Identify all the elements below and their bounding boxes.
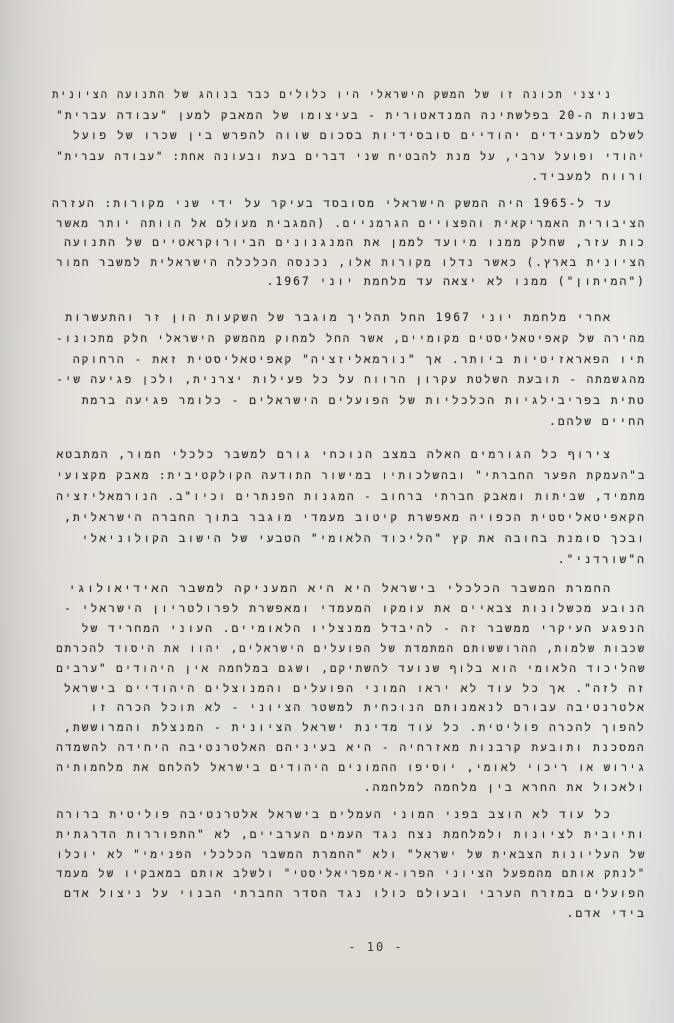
paragraph-2-line: עד ל-1965 היה המשק הישראלי מסובסד בעיקר … (51, 197, 612, 211)
paragraph-4-line: צירוף כל הגורמים האלה במצב הנוכחי גורם ל… (57, 448, 613, 462)
paragraph-5-line: המסכנת ותובעת קרבנות מאזרחיה - היא בעיני… (56, 741, 646, 755)
paragraph-5-line: שכבות שלמות, ההרוששותם המתמדת של הפועלים… (56, 642, 646, 656)
paragraph-2-line: הציונית בארץ.) כאשר נדלו מקורות אלו, נכנ… (56, 256, 646, 270)
paragraph-6-line: כל עוד לא הוצב בפני המוני העמלים בישראל … (57, 808, 612, 822)
paragraph-5-line: הנפגע העיקרי ממשבר זה - להיבדל ממנצליו ה… (82, 622, 646, 636)
paragraph-3-line: מהגשמתה - תובעת השלטת עקרון הרווח על כל … (56, 373, 646, 387)
paragraph-5-line: זה לזה". אך כל עוד לא יראו המוני הפועלים… (64, 682, 646, 696)
paragraph-4-line: ובכך סומנת בחובה את קץ "הליכוד הלאומי" ה… (82, 532, 646, 546)
paragraph-5-line: גירוש או ריכוי לאומי, יוסיפו ההמונים היה… (56, 761, 646, 775)
paragraph-6-line: של העליונות הצבאית של ישראל" ולא "החמרת … (56, 848, 646, 862)
paragraph-5-line: שהליכוד הלאומי הוא בלוף שנועד להשתיקם, ו… (56, 662, 646, 676)
paragraph-2-line: כות עזר, שחלק ממנו מיועד לממן את המנגנונ… (64, 236, 646, 250)
paragraph-5-line: ולאכול את החרא בין מלחמה למלחמה. (364, 781, 646, 795)
paragraph-2-line: הציבורית האמריקאית והפצויים הגרמניים. (ה… (56, 217, 646, 231)
paragraph-3-line: החיים שלהם. (549, 415, 646, 429)
paragraph-6-line: ותיובית לציונות ולמלחמת נצח נגד העמים הע… (56, 828, 646, 842)
paragraph-5-line: להפוך להכרה פוליטית. כל עוד מדינת ישראל … (64, 721, 646, 735)
paragraph-2-line: ("המיתון") ממנו לא יצאה עד מלחמת יוני 19… (267, 275, 646, 289)
paragraph-3-line: מהירה של קאפיטאליסטים מקומיים, אשר החל ל… (56, 332, 646, 346)
paragraph-3-line: תיו הפאראזיטיות ביותר. אך "נורמאליזציה" … (73, 353, 646, 367)
paragraph-4-line: ה"שורדני". (558, 553, 646, 567)
paragraph-6-line: הפועלים במזרח הערבי ובעולם כולו נגד הסדר… (64, 887, 646, 901)
page-number: - 10 - (0, 940, 674, 954)
paragraph-1-line: ניצני תכונה זו של המשק הישראלי היו כלולי… (52, 88, 612, 102)
scanned-page: ניצני תכונה זו של המשק הישראלי היו כלולי… (0, 0, 674, 1023)
paragraph-5-line: החמרת המשבר הכלכלי בישראל היא היא המעניק… (68, 582, 612, 596)
paragraph-5-line: אלטרנטיבה עבורם לנאמנותם הנוכחית למשטר ה… (91, 701, 647, 715)
paragraph-4-line: הקאפיטאליסטית הכפויה מאפשרת קיטוב מעמדי … (64, 511, 646, 525)
paragraph-1-line: ורווח למעביד. (531, 170, 646, 184)
paragraph-3-line: אחרי מלחמת יוני 1967 החל תהליך מוגבר של … (65, 311, 612, 325)
paragraph-4-line: ב"העמקת הפער החברתי" ובהשלכותיו במישור ה… (56, 469, 646, 483)
paragraph-1-line: יהודי ופועל ערבי, על מנת להבטיח שני דברי… (56, 150, 646, 164)
paragraph-4-line: מתמיד, שביתות ומאבק חברתי ברחוב - המגנות… (56, 490, 646, 504)
paragraph-3-line: טתית בפריבילגיות הכלכליות של הפועלים היש… (82, 394, 646, 408)
paragraph-5-line: הנובע מכשלונות צבאיים את עומקו המעמדי ומ… (64, 602, 646, 616)
paragraph-1-line: לשלם למעבידים יהודיים סובסידיות בסכום שו… (73, 129, 646, 143)
document-body: ניצני תכונה זו של המשק הישראלי היו כלולי… (0, 0, 674, 1023)
paragraph-6-line: בידי אדם. (567, 907, 646, 921)
paragraph-6-line: "לנתק אותם מהמפעל הציוני הפרו-אימפריאליס… (56, 867, 646, 881)
paragraph-1-line: בשנות ה-20 בפלשתינה המנדאטורית - בעיצומו… (57, 109, 646, 123)
